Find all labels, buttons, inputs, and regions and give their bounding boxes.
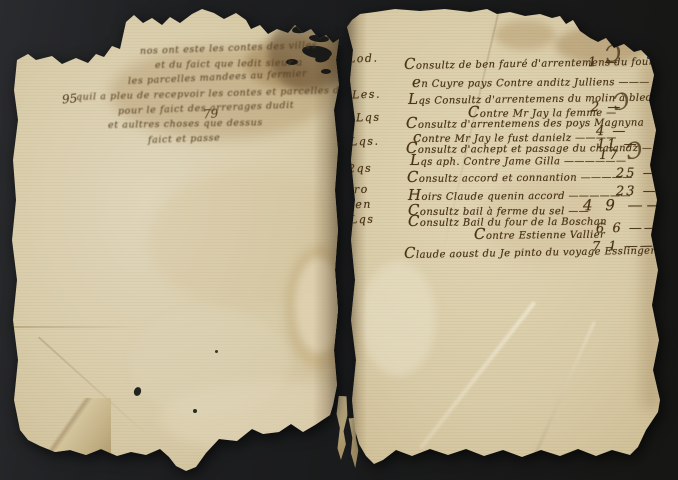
right-page-shadow: Lod.Consultz de ben fauré d'arrentemens … bbox=[0, 0, 678, 480]
folio-number: 25 —— bbox=[616, 166, 673, 181]
right-page: Lod.Consultz de ben fauré d'arrentemens … bbox=[345, 6, 665, 468]
entry-text: Consultz de ben fauré d'arrentemens du f… bbox=[404, 50, 673, 73]
folio-number: 17 bbox=[599, 148, 620, 163]
right-page-ink-layer: Lod.Consultz de ben fauré d'arrentemens … bbox=[345, 6, 665, 468]
folio-number: 6 6 —— bbox=[596, 221, 659, 237]
margin-label: Lqs. bbox=[350, 135, 380, 149]
margin-label: Les. bbox=[352, 88, 381, 102]
margin-label: Lqs bbox=[356, 111, 381, 125]
folio-number: 7 1 ——— bbox=[592, 238, 670, 254]
margin-label: Lod. bbox=[348, 51, 379, 65]
margin-label: Den bbox=[345, 198, 372, 212]
margin-label: Lqs bbox=[350, 213, 375, 227]
margin-label: Pro bbox=[345, 183, 369, 197]
entry-text: Consultz accord et connantion ————— bbox=[407, 166, 633, 186]
margin-label: 2qs bbox=[348, 162, 373, 176]
manuscript-scan: nos ont este les contes des villeset du … bbox=[0, 0, 678, 480]
